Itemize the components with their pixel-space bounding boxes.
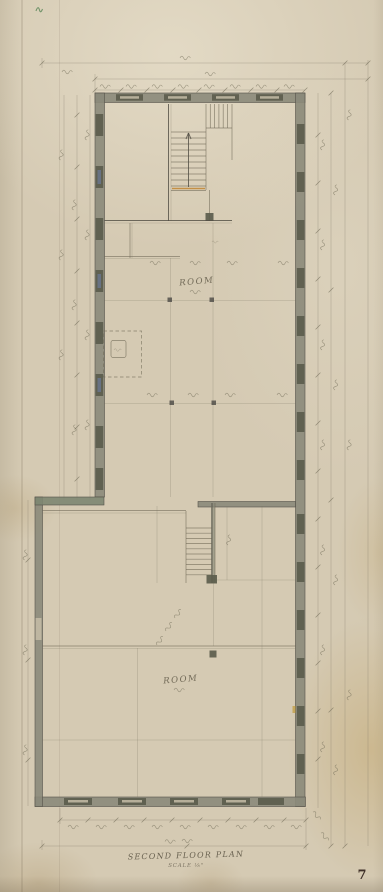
title-block: SECOND FLOOR PLAN SCALE ⅛" (128, 839, 245, 869)
room-label-upper: ROOM (178, 275, 215, 293)
step-wall (35, 497, 104, 505)
room-label: ROOM (162, 673, 199, 686)
dimension-ticks (26, 61, 371, 849)
right-wall (296, 93, 306, 807)
room-label-lower: ROOM (162, 673, 199, 691)
yellow-mark (293, 706, 296, 713)
scale-note: SCALE ⅛" (168, 863, 204, 869)
drawing-title: SECOND FLOOR PLAN (128, 849, 245, 861)
dimension-lines (23, 56, 371, 850)
floor-plan-drawing: ROOM ROOM SECOND FLOOR PLAN SCALE ⅛" 7 (0, 0, 383, 892)
lower-staircase (186, 503, 217, 646)
windows (36, 94, 305, 805)
sheet-number: 7 (357, 868, 366, 883)
green-check-mark (36, 8, 43, 12)
left-wall-lower (35, 497, 43, 807)
drawing-sheet: ROOM ROOM SECOND FLOOR PLAN SCALE ⅛" 7 (0, 0, 383, 892)
lower-partitions (43, 502, 296, 798)
closet-outline (104, 331, 142, 377)
upper-staircase (169, 104, 233, 221)
room-label: ROOM (178, 275, 215, 288)
check-marks (36, 8, 296, 713)
closet-fixture (111, 341, 126, 358)
